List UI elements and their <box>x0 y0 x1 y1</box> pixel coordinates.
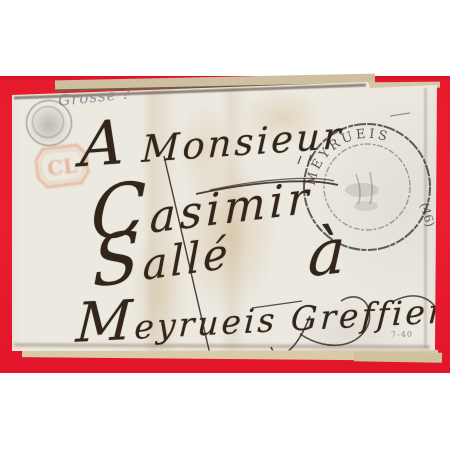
pencil-mark-bottom-right: 7-40 <box>391 330 413 340</box>
address-line-3b: à <box>307 220 346 287</box>
cds-department-text: (46) <box>417 201 437 229</box>
letter-cover: Grosse ? CL MEYRUEIS (46) A Monsieur Cas… <box>0 0 450 450</box>
small-circle-handstamp-inner <box>32 106 64 138</box>
cds-date-smudge <box>345 183 379 197</box>
address-line-3: Sallé <box>93 210 231 299</box>
small-circle-handstamp <box>26 100 72 146</box>
under-sheet-bottom-tab <box>354 351 442 363</box>
photo-stage: Grosse ? CL MEYRUEIS (46) A Monsieur Cas… <box>0 0 450 450</box>
cl-stamp-label: CL <box>46 153 79 180</box>
cds-date-smudge-2 <box>354 201 378 211</box>
